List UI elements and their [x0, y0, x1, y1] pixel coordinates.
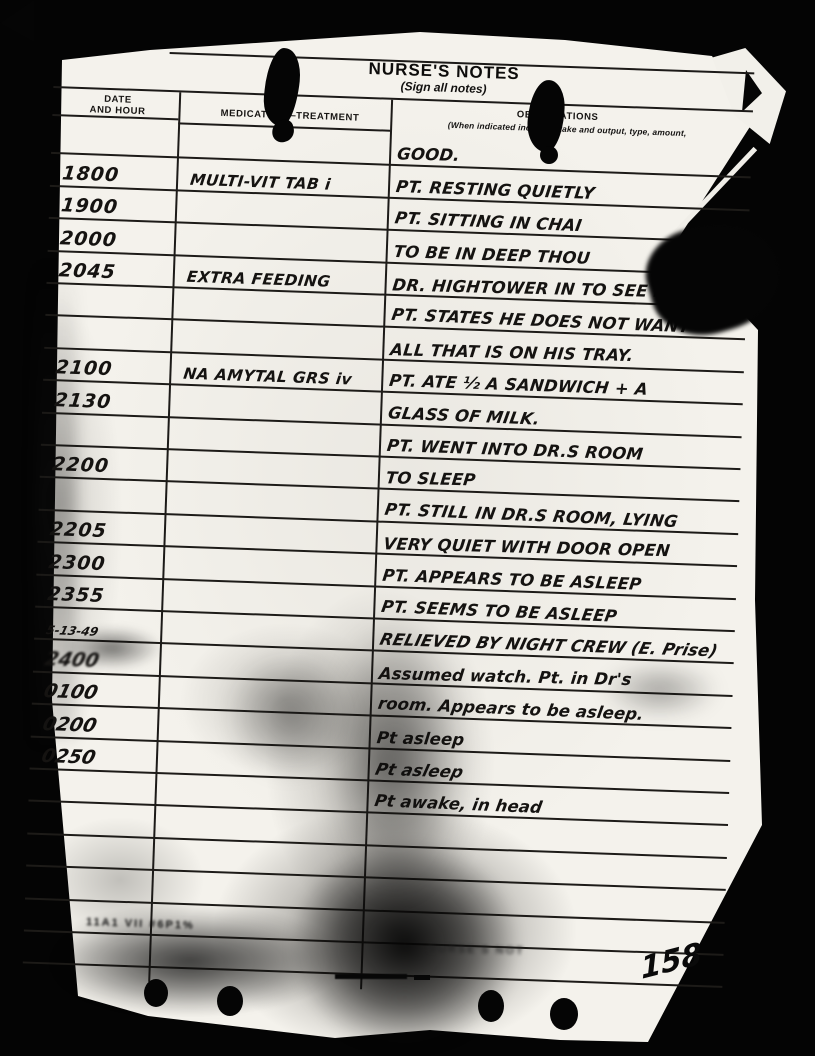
entry-time: 1900	[60, 195, 120, 219]
entry-time: 0250	[39, 745, 98, 769]
footer-mark-2	[414, 975, 430, 980]
entry-time: 2130	[53, 389, 113, 413]
entry-time: 2300	[47, 551, 107, 575]
punch-hole-4	[550, 998, 578, 1030]
entry-time: 2355	[46, 583, 106, 607]
entry-time: 2045	[58, 259, 118, 283]
entry-observation: GOOD.	[396, 145, 461, 165]
punch-hole-3	[478, 990, 504, 1022]
entry-time: 2200	[51, 454, 111, 478]
punch-hole-1	[144, 979, 168, 1007]
footer-mark	[335, 974, 407, 979]
entry-time: 0200	[40, 713, 99, 737]
entry-time: 0100	[42, 680, 101, 704]
entry-observation: Pt asleep	[376, 728, 466, 749]
punch-hole-2	[217, 986, 243, 1016]
entry-time: 5-13-49	[45, 624, 100, 640]
entry-observation: TO SLEEP	[385, 469, 477, 490]
entry-observation: Pt asleep	[373, 760, 465, 782]
entry-time: 2100	[54, 356, 114, 380]
scanned-document: NURSE'S NOTES (Sign all notes) DATE AND …	[0, 0, 815, 1056]
form-content: NURSE'S NOTES (Sign all notes) DATE AND …	[21, 40, 754, 1024]
notes-rows: GOOD.1800MULTI-VIT TAB iPT. RESTING QUIE…	[21, 40, 754, 1024]
entry-time: 1800	[61, 162, 121, 186]
entry-time: 2205	[49, 518, 109, 542]
entry-time: 2000	[59, 227, 119, 251]
right-edge-tear	[0, 0, 34, 42]
entry-time: 2400	[43, 648, 102, 672]
ink-blob-clip-right-tail	[540, 146, 558, 164]
footer-stamp-center: NURSE'S NOT	[428, 943, 525, 958]
